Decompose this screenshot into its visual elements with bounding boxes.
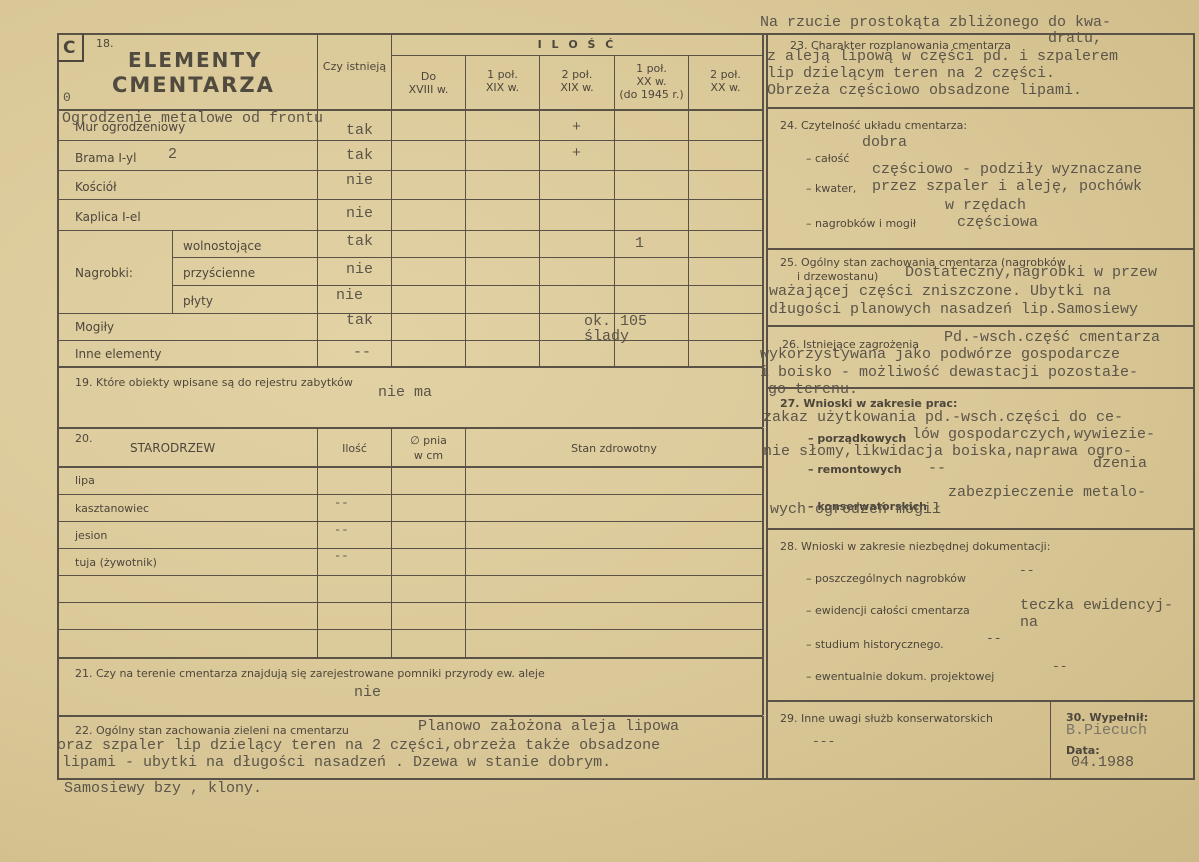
q20-row-line <box>58 494 763 495</box>
row-line <box>172 285 763 286</box>
row-brama-value-3: + <box>572 145 581 162</box>
q20-number: 20. <box>75 432 93 445</box>
row-line <box>58 230 763 231</box>
row-wolnostojace-exists: tak <box>346 233 373 250</box>
frame-left <box>57 33 59 780</box>
row-kosciol-label: Kościół <box>75 180 117 194</box>
q20-row-line <box>58 602 763 603</box>
q25-bottom <box>766 325 1195 327</box>
q24-kwater-label: – kwater, <box>806 182 856 195</box>
section-18-number: 18. <box>96 37 114 50</box>
q19-answer: nie ma <box>378 384 432 401</box>
q28-item-1-label: – poszczególnych nagrobków <box>806 572 966 585</box>
col-exists-header: Czy istnieją <box>318 60 391 74</box>
q25-label-2: i drzewostanu) <box>797 270 878 283</box>
q20-col-diam-2: w cm <box>392 449 465 462</box>
q20-col-line <box>391 428 392 658</box>
row-kaplica-label: Kaplica I-el <box>75 210 141 224</box>
q22-label: 22. Ogólny stan zachowania zieleni na cm… <box>75 724 349 737</box>
q29-q30-divider <box>1050 701 1051 779</box>
q24-kwater-answer-pre: częściowo - podziły wyznaczane <box>872 161 1142 178</box>
q28-item-4-label: – ewentualnie dokum. projektowej <box>806 670 994 683</box>
form-card: Na rzucie prostokąta zbliżonego do kwa- … <box>0 0 1199 862</box>
q27-konserwatorskie-answer-2: wych ogrodzeń mogił <box>770 501 941 518</box>
q26-answer-4: go terenu. <box>768 381 858 398</box>
q20-col-line <box>465 428 466 658</box>
q28-item-4-answer: -- <box>1052 659 1068 674</box>
section-18-title-2: CMENTARZA <box>112 73 275 97</box>
col-line-2 <box>465 56 466 367</box>
period-4-l1: 1 poł. <box>615 62 688 75</box>
q29-label: 29. Inne uwagi służb konserwatorskich <box>780 712 993 725</box>
period-4-l2: XX w. <box>615 75 688 88</box>
q27-answer-3b: dzenia <box>1093 455 1147 472</box>
q27-remontowe-answer: -- <box>928 460 946 477</box>
q26-bottom <box>766 387 1195 389</box>
period-5-l1: 2 poł. <box>689 68 762 81</box>
nagrobki-divider <box>172 231 173 314</box>
q24-bottom <box>766 248 1195 250</box>
q24-nagrobki-answer: częściowa <box>957 214 1038 231</box>
ilosc-header: I L O Ś Ć <box>392 38 762 51</box>
q22-answer-1: Planowo założona aleja lipowa <box>418 718 679 735</box>
period-header-4: 1 poł. XX w. (do 1945 r.) <box>615 62 688 101</box>
period-header-3: 2 poł. XIX w. <box>540 68 614 94</box>
frame-mid-3 <box>762 428 764 658</box>
q27-answer-3: nie słomy,likwidacja boiska,naprawa ogro… <box>763 443 1132 460</box>
q24-nagrobki-label: – nagrobków i mogił <box>806 217 916 230</box>
period-1-l1: Do <box>392 70 465 83</box>
row-plyty-exists: nie <box>336 287 363 304</box>
col-line-3 <box>539 56 540 367</box>
q27-porzadkowe-answer: lów gospodarczych,wywiezie- <box>912 426 1155 443</box>
row-mur-value-3: + <box>572 119 581 136</box>
q30-date: 04.1988 <box>1071 754 1134 771</box>
period-3-l2: XIX w. <box>540 81 614 94</box>
q20-row-line <box>58 548 763 549</box>
q26-answer-2: wykorzystywana jako podwórze gospodarcze <box>760 346 1120 363</box>
q27-remontowe-label: – remontowych <box>808 463 902 476</box>
q21-answer: nie <box>354 684 381 701</box>
tree-qty-3: -- <box>334 523 348 537</box>
q25-answer-1: Dostateczny,nagrobki w przew <box>905 264 1157 281</box>
marker: 0 <box>63 90 71 105</box>
q24-kwater-answer-post: w rzędach <box>945 197 1026 214</box>
tree-species-2: kasztanowiec <box>75 502 149 515</box>
row-mogily-label: Mogiły <box>75 320 114 334</box>
section-18-title-1: ELEMENTY <box>128 48 263 72</box>
frame-mid <box>762 33 764 367</box>
period-header-2: 1 poł. XIX w. <box>466 68 539 94</box>
q28-item-1-answer: -- <box>1019 563 1035 578</box>
q20-col-qty: Ilość <box>318 442 391 455</box>
q20-col-line <box>317 428 318 658</box>
row-przyscienne-exists: nie <box>346 261 373 278</box>
frame-top <box>57 33 767 35</box>
tree-qty-2: -- <box>334 496 348 510</box>
q25-answer-2: ważającej części zniszczone. Ubytki na <box>769 283 1111 300</box>
q22-answer-3: lipami - ubytki na długości nasadzeń . D… <box>62 754 611 771</box>
q24-calosc-answer: dobra <box>862 134 907 151</box>
tree-qty-4: -- <box>334 549 348 563</box>
period-3-l1: 2 poł. <box>540 68 614 81</box>
q20-bottom <box>58 657 763 659</box>
q20-header-bottom <box>58 466 763 468</box>
period-2-l1: 1 poł. <box>466 68 539 81</box>
q28-item-2-answer-2: na <box>1020 614 1038 631</box>
period-2-l2: XIX w. <box>466 81 539 94</box>
period-header-1: Do XVIII w. <box>392 70 465 96</box>
row-line <box>58 199 763 200</box>
q19-bottom <box>58 427 763 429</box>
footer-overflow-text: Samosiewy bzy , klony. <box>64 780 262 797</box>
q23-answer-3: Obrzeża częściowo obsadzone lipami. <box>767 82 1082 99</box>
frame-mid-5 <box>762 716 764 780</box>
right-frame-right <box>1193 33 1195 780</box>
q23-answer-2: lip dzielącym teren na 2 części. <box>767 65 1055 82</box>
q28-bottom <box>766 700 1195 702</box>
q21-label: 21. Czy na terenie cmentarza znajdują si… <box>75 667 545 680</box>
row-kosciol-exists: nie <box>346 172 373 189</box>
row-wolnostojace-value-4: 1 <box>635 235 644 252</box>
q28-label: 28. Wnioski w zakresie niezbędnej dokume… <box>780 540 1050 553</box>
tree-species-3: jesion <box>75 529 107 542</box>
q28-item-2-label: – ewidencji całości cmentarza <box>806 604 970 617</box>
q29-answer: --- <box>812 734 835 749</box>
col-line-5 <box>688 56 689 367</box>
ilosc-divider <box>392 55 762 56</box>
q21-bottom <box>58 715 763 717</box>
row-line <box>58 140 763 141</box>
q26-answer-1: Pd.-wsch.część cmentarza <box>944 329 1160 346</box>
q28-item-3-label: – studium historycznego. <box>806 638 944 651</box>
row-mur-exists: tak <box>346 122 373 139</box>
row-inne-exists: -- <box>353 344 371 361</box>
row-mogily-value: ok. 105 ślady <box>584 314 674 344</box>
top-overflow-text: Na rzucie prostokąta zbliżonego do kwa- <box>760 14 1111 31</box>
q27-answer-1: zakaz użytkowania pd.-wsch.części do ce- <box>763 409 1123 426</box>
row-brama-label: Brama I-yl <box>75 151 136 165</box>
q23-answer-0: dratu, <box>1048 30 1102 47</box>
q24-calosc-label: – całość <box>806 152 849 165</box>
tree-species-1: lipa <box>75 474 95 487</box>
row-mogily-exists: tak <box>346 312 373 329</box>
q24-label: 24. Czytelność układu cmentarza: <box>780 119 967 132</box>
right-frame-bottom <box>766 778 1195 780</box>
frame-mid-4 <box>762 658 764 715</box>
q20-col-diam-1: ∅ pnia <box>392 434 465 447</box>
tree-species-4: tuja (żywotnik) <box>75 556 157 569</box>
row-line <box>58 170 763 171</box>
q20-row-line <box>58 629 763 630</box>
row-brama-typed: 2 <box>168 146 177 163</box>
row-line <box>172 257 763 258</box>
q19-label: 19. Które obiekty wpisane są do rejestru… <box>75 376 353 389</box>
row-mur-typed: Ogrodzenie metalowe od frontu <box>62 110 323 127</box>
row-brama-exists: tak <box>346 147 373 164</box>
q20-col-health: Stan zdrowotny <box>466 442 762 455</box>
q23-bottom <box>766 107 1195 109</box>
row-wolnostojace-label: wolnostojące <box>183 239 261 253</box>
row-plyty-label: płyty <box>183 294 213 308</box>
period-1-l2: XVIII w. <box>392 83 465 96</box>
q24-kwater-answer: przez szpaler i aleję, pochówk <box>872 178 1142 195</box>
q27-bottom <box>766 528 1195 530</box>
period-5-l2: XX w. <box>689 81 762 94</box>
right-frame-left <box>766 33 768 780</box>
period-4-l3: (do 1945 r.) <box>615 88 688 101</box>
row-przyscienne-label: przyścienne <box>183 266 255 280</box>
q28-item-2-answer: teczka ewidencyj- <box>1020 597 1173 614</box>
q25-answer-3: długości planowych nasadzeń lip.Samosiew… <box>769 301 1138 318</box>
q20-title: STARODRZEW <box>130 441 215 455</box>
section-letter: C <box>63 38 75 58</box>
q22-answer-2: oraz szpaler lip dzielący teren na 2 czę… <box>57 737 660 754</box>
q23-answer-1: z aleją lipową w części pd. i szpalerem <box>767 48 1118 65</box>
col-line-exists <box>317 34 318 367</box>
q20-row-line <box>58 575 763 576</box>
right-frame-top <box>764 33 1195 35</box>
section-18-bottom <box>58 366 763 368</box>
q27-konserwatorskie-answer: zabezpieczenie metalo- <box>948 484 1146 501</box>
period-header-5: 2 poł. XX w. <box>689 68 762 94</box>
nagrobki-group-label: Nagrobki: <box>75 266 133 280</box>
q26-answer-3: i boisko - możliwość dewastacji pozostał… <box>760 364 1138 381</box>
row-kaplica-exists: nie <box>346 205 373 222</box>
q30-name: B.Piecuch <box>1066 722 1147 739</box>
row-inne-label: Inne elementy <box>75 347 162 361</box>
q20-row-line <box>58 521 763 522</box>
q28-item-3-answer: -- <box>986 631 1002 646</box>
